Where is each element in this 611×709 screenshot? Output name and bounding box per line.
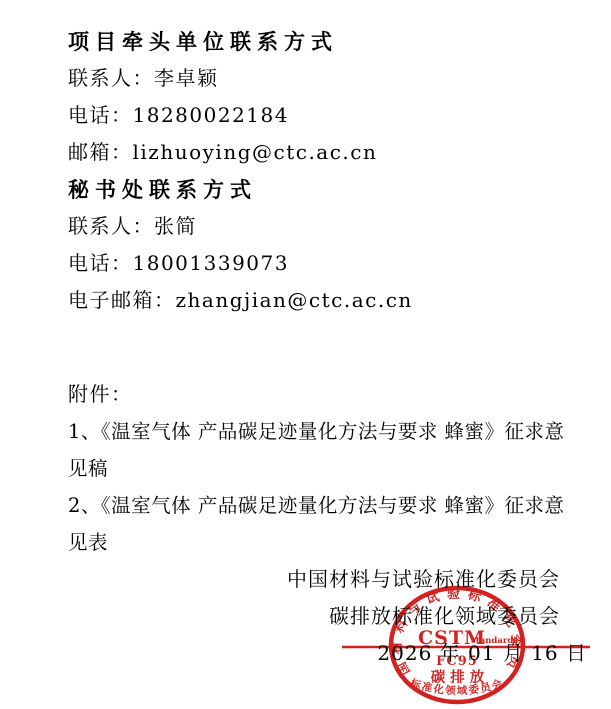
seal-cstm-logo-suffix: standards (471, 636, 518, 646)
document-page: { "document": { "sections": [ { "heading… (0, 0, 611, 709)
attachment-item-1-line-1: 1、《温室气体 产品碳足迹量化方法与要求 蜂蜜》征求意 (68, 413, 573, 450)
email-line: 邮箱：lizhuoying@ctc.ac.cn (68, 134, 573, 171)
seal-committee-code: FC95 (436, 654, 478, 669)
phone-line: 电话：18001339073 (68, 245, 573, 282)
attachment-item-1-line-2: 见稿 (68, 450, 573, 487)
attachments-label: 附件： (68, 376, 573, 413)
official-seal-stamp: 中国材料与试验标准化委员会 CSTM standards FC95 碳排放 标准… (332, 584, 602, 708)
attachment-item-2-line-2: 见表 (68, 524, 573, 561)
section-gap (68, 319, 573, 376)
section-heading-secretariat: 秘书处联系方式 (68, 171, 573, 208)
attachment-item-2-line-1: 2、《温室气体 产品碳足迹量化方法与要求 蜂蜜》征求意 (68, 487, 573, 524)
contact-person-line: 联系人：李卓颖 (68, 60, 573, 97)
section-heading-project-lead: 项目牵头单位联系方式 (68, 23, 573, 60)
contact-person-line: 联系人：张简 (68, 208, 573, 245)
email-line: 电子邮箱：zhangjian@ctc.ac.cn (68, 282, 573, 319)
document-body: 项目牵头单位联系方式 联系人：李卓颖 电话：18280022184 邮箱：liz… (68, 23, 573, 672)
phone-line: 电话：18280022184 (68, 97, 573, 134)
